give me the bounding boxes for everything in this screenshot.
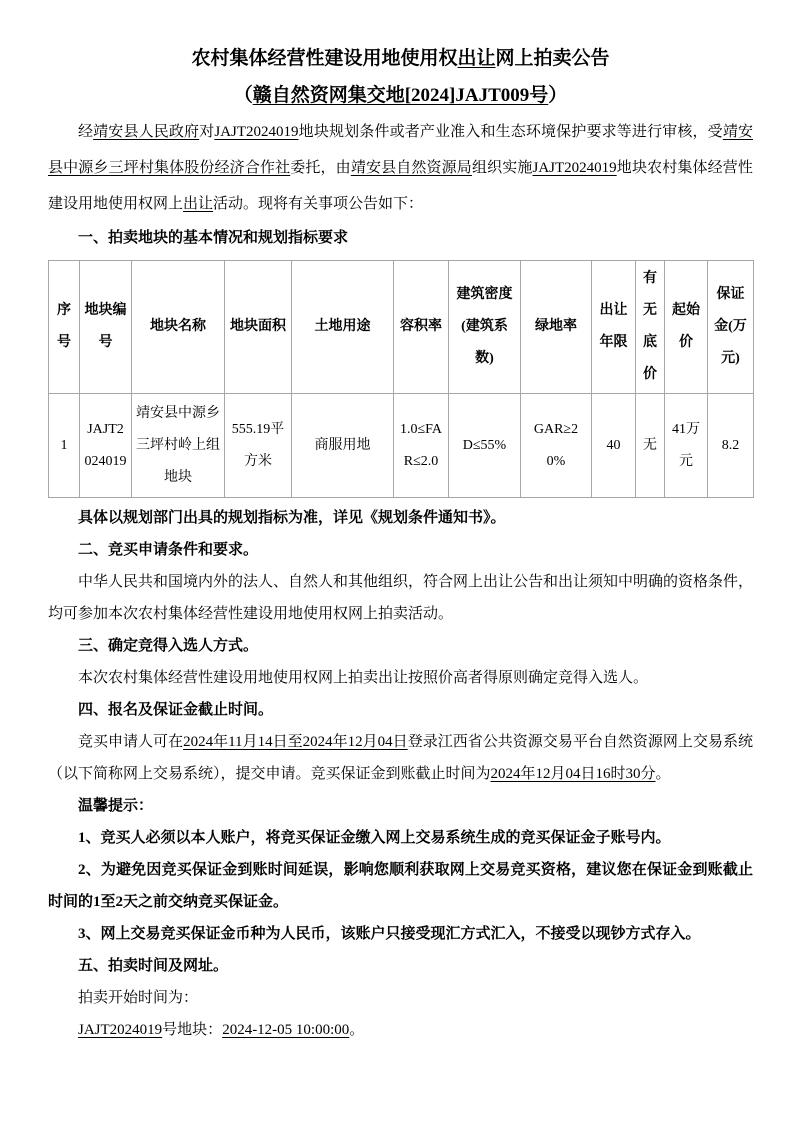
section-1-heading: 一、拍卖地块的基本情况和规划指标要求 <box>48 222 753 254</box>
tips-heading: 温馨提示： <box>48 790 753 822</box>
tip-1: 1、竞买人必须以本人账户，将竞买保证金缴入网上交易系统生成的竞买保证金子账号内。 <box>48 822 753 854</box>
table-cell: 地块名称 <box>132 261 225 394</box>
table-cell: GAR≥20% <box>521 394 592 498</box>
text-segment: 活动。现将有关事项公告如下： <box>213 196 423 212</box>
text-segment: 地块规划条件或者产业准入和生态环境保护要求等进行审核，受 <box>299 124 723 140</box>
section-3-body: 本次农村集体经营性建设用地使用权网上拍卖出让按照价高者得原则确定竞得入选人。 <box>48 662 753 694</box>
table-cell: 出让年限 <box>592 261 636 394</box>
document-title-line2: （赣自然资网集交地[2024]JAJT009号） <box>48 77 753 114</box>
text-segment: 委托，由 <box>290 160 351 176</box>
table-cell: 绿地率 <box>521 261 592 394</box>
table-cell: 序号 <box>49 261 80 394</box>
table-cell: 起始价 <box>665 261 708 394</box>
underlined-text: 出让 <box>457 48 495 69</box>
table-data-row: 1JAJT2024019靖安县中源乡三坪村岭上组地块555.19平方米商服用地1… <box>49 394 754 498</box>
section-2-body: 中华人民共和国境内外的法人、自然人和其他组织，符合网上出让公告和出让须知中明确的… <box>48 566 753 630</box>
underlined-text: 2024年11月14日至2024年12月04日 <box>183 734 408 750</box>
underlined-text: 靖安县自然资源局 <box>351 160 472 176</box>
document-content: 农村集体经营性建设用地使用权出让网上拍卖公告 （赣自然资网集交地[2024]JA… <box>0 0 793 1046</box>
underlined-text: JAJT2024019 <box>214 124 298 140</box>
table-cell: 555.19平方米 <box>225 394 292 498</box>
text-segment: 组织实施 <box>472 160 533 176</box>
table-cell: 40 <box>592 394 636 498</box>
table-cell: 地块面积 <box>225 261 292 394</box>
table-cell: D≤55% <box>449 394 521 498</box>
section-5-heading: 五、拍卖时间及网址。 <box>48 950 753 982</box>
table-cell: 1.0≤FAR≤2.0 <box>394 394 449 498</box>
table-cell: 8.2 <box>708 394 754 498</box>
table-cell: 靖安县中源乡三坪村岭上组地块 <box>132 394 225 498</box>
table-cell: 容积率 <box>394 261 449 394</box>
table-header-row: 序号地块编号地块名称地块面积土地用途容积率建筑密度(建筑系数)绿地率出让年限有无… <box>49 261 754 394</box>
underlined-text: 靖安县人民政府 <box>93 124 199 140</box>
text-segment: 。 <box>656 766 671 782</box>
text-segment: （ <box>234 85 253 106</box>
text-segment: 网上拍卖公告 <box>496 48 610 69</box>
text-segment: ） <box>548 85 567 106</box>
underlined-text: JAJT2024019 <box>533 160 617 176</box>
table-cell: 1 <box>49 394 80 498</box>
text-segment: 经 <box>78 124 93 140</box>
table-cell: 地块编号 <box>80 261 132 394</box>
document-page: 农村集体经营性建设用地使用权出让网上拍卖公告 （赣自然资网集交地[2024]JA… <box>0 0 793 1122</box>
planning-note: 具体以规划部门出具的规划指标为准，详见《规划条件通知书》。 <box>48 502 753 534</box>
underlined-text: 2024年12月04日16时30分 <box>491 766 656 782</box>
table-cell: 保证金(万元) <box>708 261 754 394</box>
text-segment: 号地块： <box>162 1022 222 1038</box>
auction-start-label: 拍卖开始时间为： <box>48 982 753 1014</box>
table-cell: 41万元 <box>665 394 708 498</box>
land-parcel-table: 序号地块编号地块名称地块面积土地用途容积率建筑密度(建筑系数)绿地率出让年限有无… <box>48 260 754 498</box>
table-cell: JAJT2024019 <box>80 394 132 498</box>
document-title-line1: 农村集体经营性建设用地使用权出让网上拍卖公告 <box>48 40 753 77</box>
table-cell: 土地用途 <box>292 261 394 394</box>
tip-3: 3、网上交易竞买保证金币种为人民币，该账户只接受现汇方式汇入，不接受以现钞方式存… <box>48 918 753 950</box>
underlined-text: JAJT2024019 <box>78 1022 162 1038</box>
table-cell: 无 <box>636 394 665 498</box>
section-3-heading: 三、确定竞得入选人方式。 <box>48 630 753 662</box>
text-segment: 对 <box>199 124 214 140</box>
table-cell: 商服用地 <box>292 394 394 498</box>
table-cell: 有无底价 <box>636 261 665 394</box>
underlined-text: 2024-12-05 10:00:00 <box>222 1022 349 1038</box>
underlined-text: 出让 <box>183 196 213 212</box>
underlined-text: 赣自然资网集交地[2024]JAJT009号 <box>253 85 549 106</box>
auction-start-time: JAJT2024019号地块：2024-12-05 10:00:00。 <box>48 1014 753 1046</box>
table-cell: 建筑密度(建筑系数) <box>449 261 521 394</box>
section-4-body: 竞买申请人可在2024年11月14日至2024年12月04日登录江西省公共资源交… <box>48 726 753 790</box>
tip-2: 2、为避免因竞买保证金到账时间延误，影响您顺利获取网上交易竞买资格，建议您在保证… <box>48 854 753 918</box>
section-2-heading: 二、竞买申请条件和要求。 <box>48 534 753 566</box>
text-segment: 农村集体经营性建设用地使用权 <box>191 48 457 69</box>
section-4-heading: 四、报名及保证金截止时间。 <box>48 694 753 726</box>
intro-paragraph: 经靖安县人民政府对JAJT2024019地块规划条件或者产业准入和生态环境保护要… <box>48 114 753 222</box>
text-segment: 。 <box>349 1022 364 1038</box>
text-segment: 竞买申请人可在 <box>78 734 183 750</box>
